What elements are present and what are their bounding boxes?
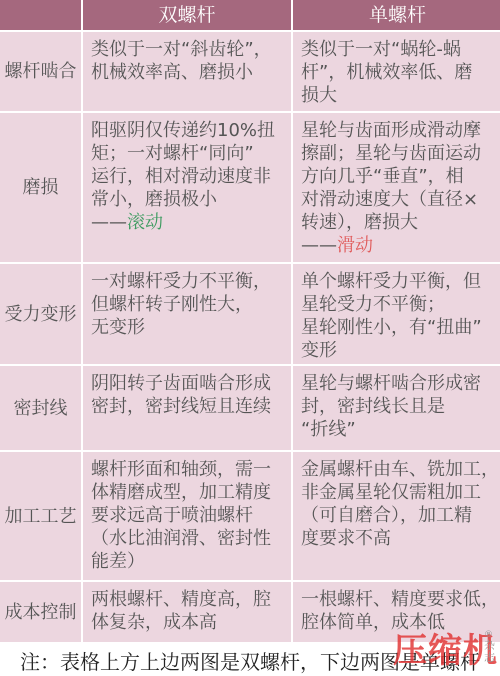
cell-single-meshing: 类似于一对“蜗轮-蜗 杆”，机械效率低、磨 损大	[293, 32, 500, 111]
text-line: 类似于一对“斜齿轮”，	[91, 38, 287, 61]
text-line: 擦副；星轮与齿面运动	[301, 142, 498, 165]
cell-single-seal-line: 星轮与螺杆啮合形成密 封，密封线长且是 “折线”	[293, 366, 500, 450]
row-label-seal-line: 密封线	[0, 366, 81, 450]
sliding-label: 滑动	[337, 235, 373, 256]
text-line: 类似于一对“蜗轮-蜗	[301, 38, 498, 61]
cell-single-deformation: 单个螺杆受力平衡，但 星轮受力不平衡； 星轮刚性小，有“扭曲” 变形	[293, 264, 500, 364]
header-twin-screw: 双螺杆	[83, 0, 291, 30]
text-line: （水比油润滑、密封性	[91, 527, 287, 550]
conclusion-line: ——滑动	[301, 234, 498, 257]
cell-twin-seal-line: 阴阳转子齿面啮合形成 密封，密封线短且连续	[83, 366, 291, 450]
text-line: 矩；一对螺杆“同向”	[91, 142, 287, 165]
text-line: 要求远高于喷油螺杆	[91, 504, 287, 527]
text-line: 一根螺杆、精度要求低，	[301, 588, 498, 611]
text-line: 体精磨成型，加工精度	[91, 481, 287, 504]
header-corner	[0, 0, 81, 30]
text-line: 损大	[301, 84, 498, 107]
text-line: 变形	[301, 339, 498, 362]
row-label-deformation: 受力变形	[0, 264, 81, 364]
text-line: 封，密封线长且是	[301, 395, 498, 418]
text-line: 星轮与齿面形成滑动摩	[301, 119, 498, 142]
text-line: 螺杆形面和轴颈，需一	[91, 458, 287, 481]
cell-twin-wear: 阳驱阴仅传递约10%扭 矩；一对螺杆“同向” 运行，相对滑动速度非 常小，磨损极…	[83, 113, 291, 262]
cell-twin-deformation: 一对螺杆受力不平衡， 但螺杆转子刚性大， 无变形	[83, 264, 291, 364]
text-line: 星轮受力不平衡；	[301, 293, 498, 316]
text-line: 单个螺杆受力平衡，但	[301, 270, 498, 293]
dash-prefix: ——	[301, 235, 337, 256]
text-line: 金属螺杆由车、铣加工，	[301, 458, 498, 481]
rolling-label: 滚动	[127, 212, 163, 233]
text-line: 运行，相对滑动速度非	[91, 165, 287, 188]
text-line: 阳驱阴仅传递约10%扭	[91, 119, 287, 142]
header-single-screw: 单螺杆	[293, 0, 500, 30]
conclusion-line: ——滚动	[91, 211, 287, 234]
dash-prefix: ——	[91, 212, 127, 233]
text-line: 无变形	[91, 316, 287, 339]
cell-single-wear: 星轮与齿面形成滑动摩 擦副；星轮与齿面运动 方向几乎“垂直”，相 对滑动速度大（…	[293, 113, 500, 262]
row-label-wear: 磨损	[0, 113, 81, 262]
cell-single-machining: 金属螺杆由车、铣加工， 非金属星轮仅需粗加工 （可自磨合），加工精 度要求不高	[293, 452, 500, 580]
text-line: 星轮刚性小，有“扭曲”	[301, 316, 498, 339]
row-label-meshing: 螺杆啮合	[0, 32, 81, 111]
text-line: 方向几乎“垂直”，相	[301, 165, 498, 188]
text-line: 星轮与螺杆啮合形成密	[301, 372, 498, 395]
text-line: 两根螺杆、精度高，腔	[91, 588, 287, 611]
cell-twin-machining: 螺杆形面和轴颈，需一 体精磨成型，加工精度 要求远高于喷油螺杆 （水比油润滑、密…	[83, 452, 291, 580]
text-line: 转速），磨损大	[301, 211, 498, 234]
text-line: 一对螺杆受力不平衡，	[91, 270, 287, 293]
comparison-table: 双螺杆 单螺杆 螺杆啮合 类似于一对“斜齿轮”， 机械效率高、磨损小 类似于一对…	[0, 0, 500, 642]
cell-twin-meshing: 类似于一对“斜齿轮”， 机械效率高、磨损小	[83, 32, 291, 111]
watermark-logo: 压缩机	[393, 633, 498, 669]
row-label-cost: 成本控制	[0, 582, 81, 642]
text-line: 度要求不高	[301, 527, 498, 550]
text-line: 非金属星轮仅需粗加工	[301, 481, 498, 504]
text-line: 体复杂，成本高	[91, 611, 287, 634]
text-line: 杆”，机械效率低、磨	[301, 61, 498, 84]
watermark-side-text: 杂志	[484, 640, 496, 664]
text-line: “折线”	[301, 418, 498, 441]
text-line: 但螺杆转子刚性大，	[91, 293, 287, 316]
text-line: 常小，磨损极小	[91, 188, 287, 211]
text-line: （可自磨合），加工精	[301, 504, 498, 527]
text-line: 密封，密封线短且连续	[91, 395, 287, 418]
text-line: 阴阳转子齿面啮合形成	[91, 372, 287, 395]
cell-twin-cost: 两根螺杆、精度高，腔 体复杂，成本高	[83, 582, 291, 642]
text-line: 对滑动速度大（直径×	[301, 188, 498, 211]
text-line: 能差）	[91, 550, 287, 573]
text-line: 机械效率高、磨损小	[91, 61, 287, 84]
row-label-machining: 加工工艺	[0, 452, 81, 580]
